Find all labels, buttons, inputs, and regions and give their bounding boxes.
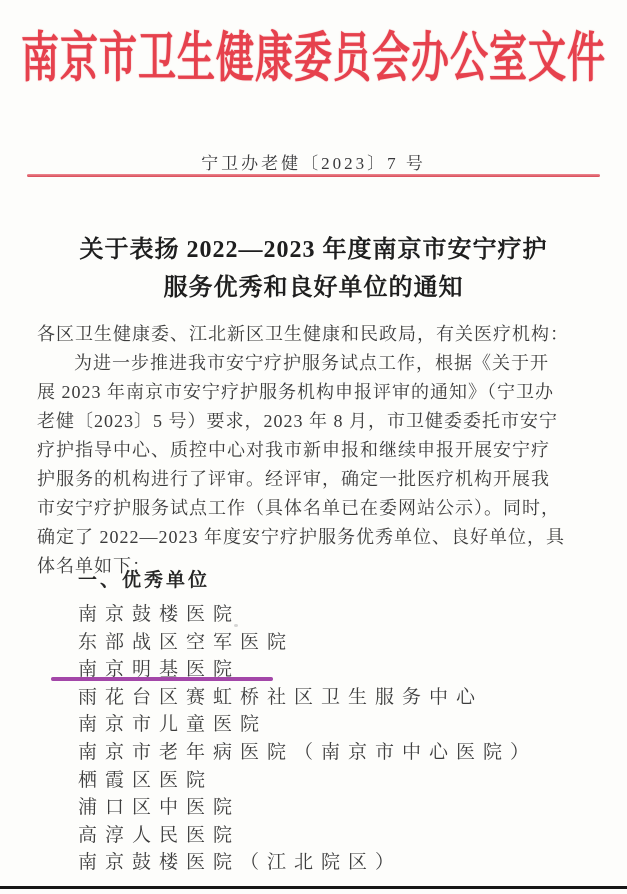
list-item: 南京鼓楼医院 [78, 601, 537, 629]
list-item: 东部战区空军医院 [78, 629, 537, 657]
document-title: 关于表扬 2022—2023 年度南京市安宁疗护 服务优秀和良好单位的通知 [0, 231, 627, 307]
red-separator-line [27, 174, 600, 177]
document-number: 宁卫办老健〔2023〕7 号 [0, 149, 627, 174]
unit-name: 浦口区中医院 [78, 797, 240, 818]
unit-name: 南京鼓楼医院（江北院区） [78, 852, 402, 873]
body-line: 市安宁疗护服务试点工作（具体名单已在委网站公示）。同时， [37, 494, 597, 523]
unit-name: 高淳人民医院 [78, 825, 240, 846]
document-title-line-2: 服务优秀和良好单位的通知 [0, 269, 627, 307]
scan-speck [234, 624, 238, 627]
list-item: 南京鼓楼医院（江北院区） [78, 849, 537, 877]
unit-name: 南京市老年病医院（南京市中心医院） [78, 742, 537, 763]
document-body: 各区卫生健康委、江北新区卫生健康和民政局，有关医疗机构： 为进一步推进我市安宁疗… [37, 320, 597, 581]
section-one-heading: 一、优秀单位 [78, 565, 210, 592]
scan-edge-line [0, 886, 627, 889]
body-line: 老健〔2023〕5 号）要求，2023 年 8 月，市卫健委委托市安宁 [37, 407, 597, 436]
document-header-title: 南京市卫生健康委员会办公室文件 [0, 29, 627, 89]
list-item: 栖霞区医院 [78, 767, 537, 795]
list-item: 浦口区中医院 [78, 794, 537, 822]
purple-highlight-underline [51, 677, 273, 681]
salutation-line: 各区卫生健康委、江北新区卫生健康和民政局，有关医疗机构： [37, 320, 597, 349]
excellent-units-list: 南京鼓楼医院 东部战区空军医院 南京明基医院 雨花台区赛虹桥社区卫生服务中心 南… [78, 601, 537, 877]
unit-name: 南京市儿童医院 [78, 714, 267, 735]
body-line: 疗护指导中心、质控中心对我市新申报和继续申报开展安宁疗 [37, 436, 597, 465]
list-item-highlighted: 南京明基医院 [78, 656, 537, 684]
unit-name: 栖霞区医院 [78, 770, 213, 791]
list-item: 雨花台区赛虹桥社区卫生服务中心 [78, 684, 537, 712]
body-line: 护服务的机构进行了评审。经评审，确定一批医疗机构开展我 [37, 465, 597, 494]
scanned-official-document: 南京市卫生健康委员会办公室文件 宁卫办老健〔2023〕7 号 关于表扬 2022… [0, 0, 627, 894]
list-item: 南京市老年病医院（南京市中心医院） [78, 739, 537, 767]
unit-name: 南京鼓楼医院 [78, 604, 240, 625]
body-line: 确定了 2022—2023 年度安宁疗护服务优秀单位、良好单位，具 [37, 523, 597, 552]
body-line: 展 2023 年南京市安宁疗护服务机构申报评审的通知》（宁卫办 [37, 378, 597, 407]
unit-name: 雨花台区赛虹桥社区卫生服务中心 [78, 687, 483, 708]
unit-name: 东部战区空军医院 [78, 632, 294, 653]
document-title-line-1: 关于表扬 2022—2023 年度南京市安宁疗护 [0, 231, 627, 269]
list-item: 高淳人民医院 [78, 822, 537, 850]
list-item: 南京市儿童医院 [78, 711, 537, 739]
body-line: 为进一步推进我市安宁疗护服务试点工作，根据《关于开 [37, 349, 597, 378]
